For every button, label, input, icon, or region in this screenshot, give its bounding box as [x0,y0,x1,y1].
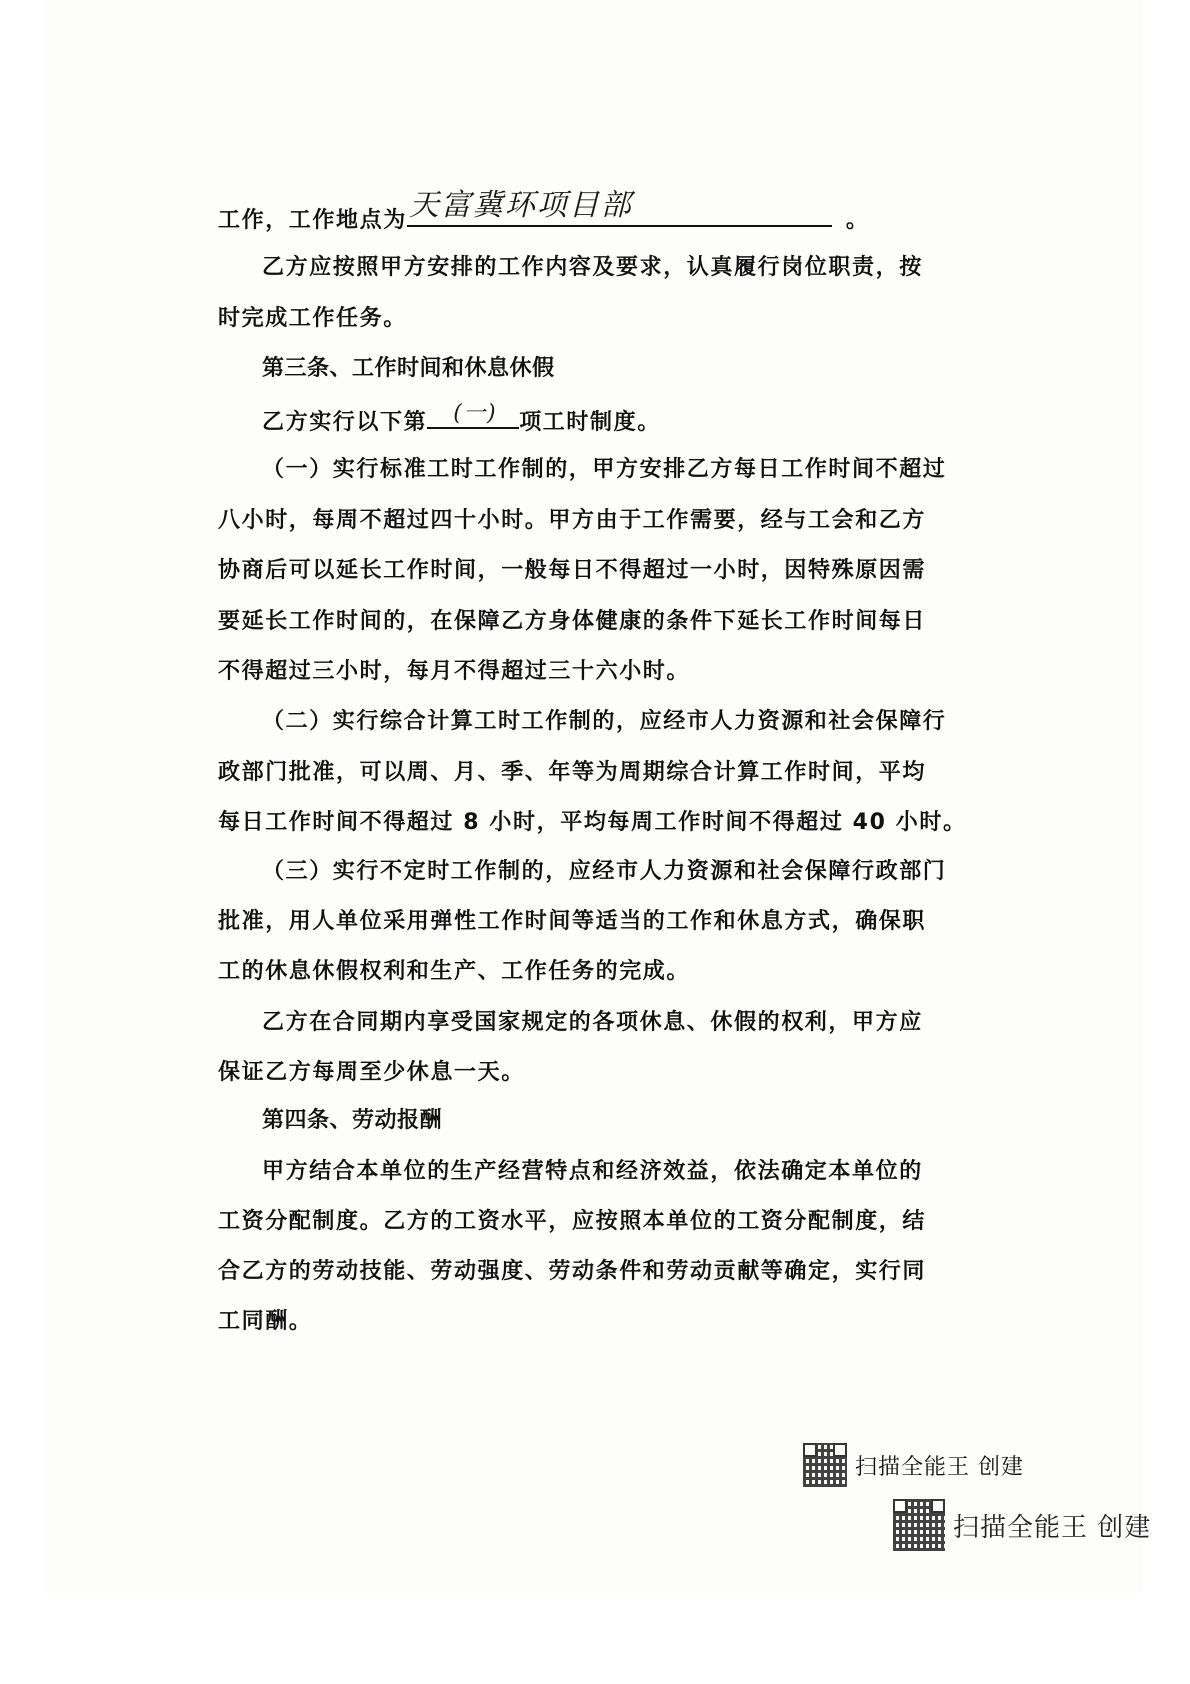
work-location-label: 工作，工作地点为 [218,208,407,233]
handwritten-work-hour-option: (一) [453,399,497,429]
watermark-text: 扫描全能王 创建 [953,1507,1151,1544]
paragraph-line: 每日工作时间不得超过 8 小时，平均每周工作时间不得超过 40 小时。 [218,808,967,838]
paragraph-line: 乙方在合同期内享受国家规定的各项休息、休假的权利，甲方应 [262,1008,923,1038]
work-hour-system-blank: (一) [427,405,519,429]
work-hour-system-label: 乙方实行以下第 [262,410,427,435]
section-heading-article-4: 第四条、劳动报酬 [262,1106,442,1136]
paragraph-line: 工的休息休假权利和生产、工作任务的完成。 [218,957,690,987]
paragraph-line: （二）实行综合计算工时工作制的，应经市人力资源和社会保障行 [262,707,946,737]
watermark-text: 扫描全能王 创建 [855,1450,1024,1481]
paragraph-line: 甲方结合本单位的生产经营特点和经济效益，依法确定本单位的 [262,1157,923,1187]
paragraph-line: （一）实行标准工时工作制的，甲方安排乙方每日工作时间不超过 [262,455,946,485]
paragraph-line: 不得超过三小时，每月不得超过三十六小时。 [218,657,690,687]
scanned-page [45,0,1143,1593]
handwritten-work-location: 天富冀环项目部 [409,191,633,221]
qr-code-icon [893,1499,945,1551]
paragraph-line: 批准，用人单位采用弹性工作时间等适当的工作和休息方式，确保职 [218,907,926,937]
scanner-watermark: 扫描全能王 创建 [803,1443,1024,1487]
work-location-line: 工作，工作地点为天富冀环项目部。 [218,203,869,236]
work-location-blank: 天富冀环项目部 [407,203,832,227]
paragraph-line: 工资分配制度。乙方的工资水平，应按照本单位的工资分配制度，结 [218,1207,926,1237]
paragraph-line: （三）实行不定时工作制的，应经市人力资源和社会保障行政部门 [262,857,946,887]
paragraph-line: 协商后可以延长工作时间，一般每日不得超过一小时，因特殊原因需 [218,556,926,586]
paragraph-line: 合乙方的劳动技能、劳动强度、劳动条件和劳动贡献等确定，实行同 [218,1257,926,1287]
section-heading-article-3: 第三条、工作时间和休息休假 [262,354,555,384]
paragraph-line: 保证乙方每周至少休息一天。 [218,1058,525,1088]
paragraph-line: 八小时，每周不超过四十小时。甲方由于工作需要，经与工会和乙方 [218,506,926,536]
paragraph-line: 政部门批准，可以周、月、季、年等为周期综合计算工作时间，平均 [218,758,926,788]
work-hour-system-line: 乙方实行以下第(一)项工时制度。 [262,405,661,438]
paragraph-line: 要延长工作时间的，在保障乙方身体健康的条件下延长工作时间每日 [218,607,926,637]
qr-code-icon [803,1443,847,1487]
paragraph-line: 乙方应按照甲方安排的工作内容及要求，认真履行岗位职责，按 [262,253,923,283]
scanner-watermark: 扫描全能王 创建 [893,1499,1151,1551]
period: 。 [846,208,870,233]
work-hour-system-suffix: 项工时制度。 [519,410,661,435]
paragraph-line: 时完成工作任务。 [218,304,407,334]
paragraph-line: 工同酬。 [218,1307,312,1337]
